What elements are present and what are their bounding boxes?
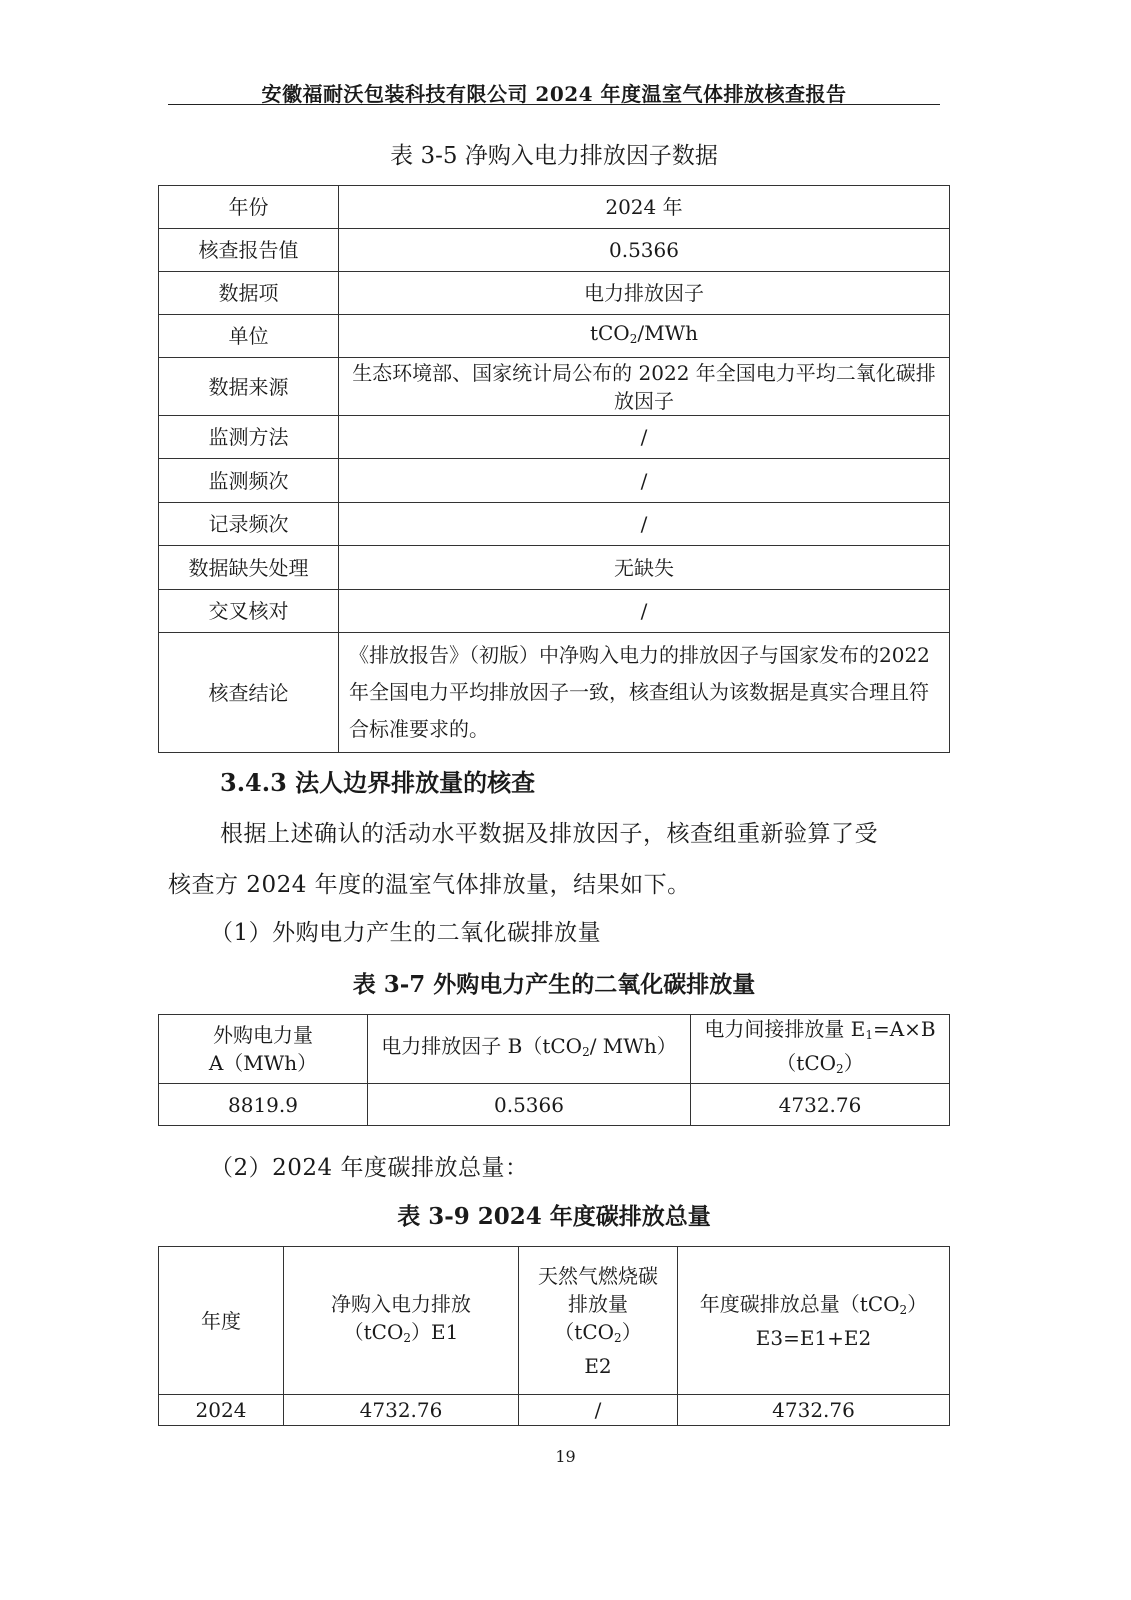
- header-subscript: 2: [614, 1331, 622, 1345]
- column-header: 年度碳排放总量（tCO2） E3=E1+E2: [678, 1247, 950, 1395]
- header-line: 净购入电力排放: [292, 1290, 510, 1318]
- cell-indirect-emission: 4732.76: [691, 1084, 950, 1126]
- table-row: 数据缺失处理 无缺失: [159, 546, 950, 590]
- header-line: 外购电力量: [167, 1021, 359, 1049]
- header-subscript: 2: [836, 1062, 844, 1076]
- table-row: 记录频次 /: [159, 503, 950, 546]
- row-value: 2024 年: [339, 186, 950, 229]
- row-value: /: [339, 503, 950, 546]
- column-header: 天然气燃烧碳 排放量（tCO2） E2: [519, 1247, 678, 1395]
- cell-e1: 4732.76: [284, 1395, 519, 1426]
- cell-e3: 4732.76: [678, 1395, 950, 1426]
- row-label: 交叉核对: [159, 590, 339, 633]
- header-text: （tCO: [776, 1051, 836, 1075]
- table-row: 监测频次 /: [159, 459, 950, 503]
- row-label: 数据来源: [159, 358, 339, 416]
- cell-year: 2024: [159, 1395, 284, 1426]
- paragraph-line: 根据上述确认的活动水平数据及排放因子，核查组重新验算了受: [220, 815, 878, 848]
- cell-emission-factor: 0.5366: [368, 1084, 691, 1126]
- table-3-7: 外购电力量 A（MWh） 电力排放因子 B（tCO2/ MWh） 电力间接排放量…: [158, 1014, 950, 1126]
- document-header: 安徽福耐沃包装科技有限公司 2024 年度温室气体排放核查报告: [168, 78, 940, 107]
- row-value: 0.5366: [339, 229, 950, 272]
- header-line: E2: [527, 1352, 669, 1380]
- row-value: 无缺失: [339, 546, 950, 590]
- list-item: （2）2024 年度碳排放总量：: [210, 1149, 528, 1182]
- column-header: 净购入电力排放 （tCO2）E1: [284, 1247, 519, 1395]
- header-line: 天然气燃烧碳: [527, 1262, 669, 1290]
- table-row: 核查结论 《排放报告》（初版）中净购入电力的排放因子与国家发布的2022 年全国…: [159, 633, 950, 753]
- column-header: 电力间接排放量 E1=A×B （tCO2）: [691, 1015, 950, 1084]
- page-number: 19: [0, 1447, 1131, 1466]
- table-3-9: 年度 净购入电力排放 （tCO2）E1 天然气燃烧碳 排放量（tCO2） E2 …: [158, 1246, 950, 1426]
- table-header-row: 外购电力量 A（MWh） 电力排放因子 B（tCO2/ MWh） 电力间接排放量…: [159, 1015, 950, 1084]
- row-label: 单位: [159, 315, 339, 358]
- header-subscript: 1: [865, 1028, 873, 1042]
- row-value: /: [339, 416, 950, 459]
- table-3-7-caption: 表 3-7 外购电力产生的二氧化碳排放量: [158, 966, 950, 999]
- table-row: 2024 4732.76 / 4732.76: [159, 1395, 950, 1426]
- header-text: ）E1: [411, 1320, 458, 1344]
- section-heading: 3.4.3 法人边界排放量的核查: [220, 763, 535, 798]
- header-subscript: 2: [582, 1045, 590, 1059]
- row-value: /: [339, 590, 950, 633]
- header-text: / MWh）: [590, 1034, 677, 1058]
- row-label: 数据项: [159, 272, 339, 315]
- table-row: 数据来源 生态环境部、国家统计局公布的 2022 年全国电力平均二氧化碳排放因子: [159, 358, 950, 416]
- row-label: 核查结论: [159, 633, 339, 753]
- table-row: 8819.9 0.5366 4732.76: [159, 1084, 950, 1126]
- header-text: 电力间接排放量 E: [704, 1017, 865, 1041]
- row-label: 年份: [159, 186, 339, 229]
- row-value: tCO2/MWh: [339, 315, 950, 358]
- table-3-9-caption: 表 3-9 2024 年度碳排放总量: [158, 1198, 950, 1231]
- header-text: 年度碳排放总量（tCO: [700, 1292, 900, 1316]
- header-text: ）: [844, 1051, 864, 1075]
- table-row: 数据项 电力排放因子: [159, 272, 950, 315]
- row-value: 电力排放因子: [339, 272, 950, 315]
- header-text: ）: [907, 1292, 927, 1316]
- paragraph-line: 核查方 2024 年度的温室气体排放量，结果如下。: [168, 866, 691, 899]
- table-header-row: 年度 净购入电力排放 （tCO2）E1 天然气燃烧碳 排放量（tCO2） E2 …: [159, 1247, 950, 1395]
- cell-e2: /: [519, 1395, 678, 1426]
- table-row: 交叉核对 /: [159, 590, 950, 633]
- row-label: 数据缺失处理: [159, 546, 339, 590]
- conclusion-text: 《排放报告》（初版）中净购入电力的排放因子与国家发布的2022 年全国电力平均排…: [339, 633, 950, 753]
- header-subscript: 2: [403, 1331, 411, 1345]
- table-row: 年份 2024 年: [159, 186, 950, 229]
- row-value: 生态环境部、国家统计局公布的 2022 年全国电力平均二氧化碳排放因子: [339, 358, 950, 416]
- column-header: 年度: [159, 1247, 284, 1395]
- unit-text-post: /MWh: [637, 321, 698, 345]
- row-label: 核查报告值: [159, 229, 339, 272]
- row-value: /: [339, 459, 950, 503]
- list-item: （1）外购电力产生的二氧化碳排放量: [210, 914, 601, 947]
- column-header: 电力排放因子 B（tCO2/ MWh）: [368, 1015, 691, 1084]
- row-label: 监测方法: [159, 416, 339, 459]
- table-row: 监测方法 /: [159, 416, 950, 459]
- cell-purchased-electricity: 8819.9: [159, 1084, 368, 1126]
- header-text: 电力排放因子 B（tCO: [381, 1034, 582, 1058]
- header-rule: [168, 104, 940, 105]
- row-label: 监测频次: [159, 459, 339, 503]
- table-row: 核查报告值 0.5366: [159, 229, 950, 272]
- unit-text: tCO: [590, 321, 630, 345]
- row-label: 记录频次: [159, 503, 339, 546]
- header-line: E3=E1+E2: [686, 1324, 941, 1352]
- table-row: 单位 tCO2/MWh: [159, 315, 950, 358]
- header-line: A（MWh）: [167, 1049, 359, 1077]
- header-text: ）: [622, 1320, 642, 1344]
- table-3-5: 年份 2024 年 核查报告值 0.5366 数据项 电力排放因子 单位 tCO…: [158, 185, 950, 753]
- header-text: （tCO: [344, 1320, 404, 1344]
- header-text: =A×B: [873, 1017, 936, 1041]
- column-header: 外购电力量 A（MWh）: [159, 1015, 368, 1084]
- table-3-5-caption: 表 3-5 净购入电力排放因子数据: [158, 137, 950, 170]
